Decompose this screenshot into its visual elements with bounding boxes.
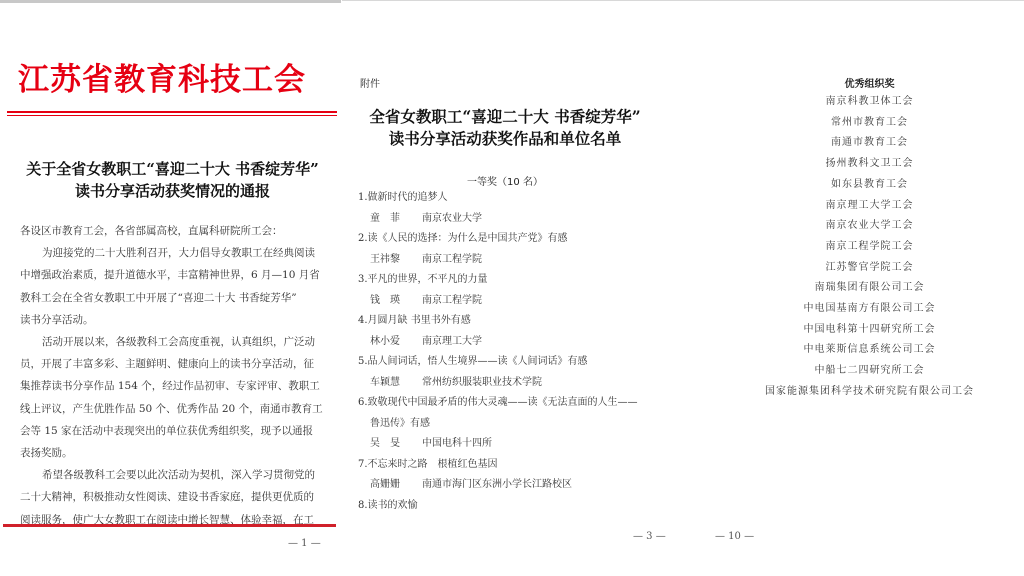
entry-author-name: 高姗姗 — [370, 475, 422, 496]
entry-author-unit: 南通市海门区东洲小学长江路校区 — [422, 479, 572, 490]
document-page-3: 附件 全省女教职工“喜迎二十大 书香绽芳华” 读书分享活动获奖作品和单位名单 一… — [345, 0, 715, 576]
organization-item: 中船七二四研究所工会 — [715, 361, 1024, 382]
organization-item: 中电莱斯信息系统公司工会 — [715, 340, 1024, 361]
body-line: 中增强政治素质，提升道德水平，丰富精神世界，6 月—10 月省 — [20, 264, 325, 286]
body-line: 集推荐读书分享作品 154 个，经过作品初审、专家评审、教职工 — [20, 375, 325, 397]
entry-author-row: 高姗姗南通市海门区东洲小学长江路校区 — [358, 475, 708, 496]
notice-title-line-2: 读书分享活动获奖情况的通报 — [10, 180, 335, 202]
organization-award-heading: 优秀组织奖 — [715, 75, 1024, 90]
entry-author-unit: 中国电科十四所 — [422, 438, 492, 449]
organization-item: 南京理工大学工会 — [715, 196, 1024, 217]
entry-author-unit: 南京工程学院 — [422, 295, 482, 306]
notice-title: 关于全省女教职工“喜迎二十大 书香绽芳华” 读书分享活动获奖情况的通报 — [10, 158, 335, 202]
organization-item: 江苏警官学院工会 — [715, 258, 1024, 279]
body-line: 员，开展了丰富多彩、主题鲜明、健康向上的读书分享活动，征 — [20, 353, 325, 375]
award-list-title-line-1: 全省女教职工“喜迎二十大 书香绽芳华” — [345, 106, 665, 128]
entry-author-unit: 南京理工大学 — [422, 336, 482, 347]
organization-item: 南京工程学院工会 — [715, 237, 1024, 258]
organization-item: 南京科教卫体工会 — [715, 92, 1024, 113]
entry-author-name: 王祎黎 — [370, 250, 422, 271]
entry-title: 8.读书的欢愉 — [358, 496, 708, 517]
entry-title: 2.读《人民的选择：为什么是中国共产党》有感 — [358, 229, 708, 250]
body-line: 二十大精神，积极推动女性阅读、建设书香家庭，提供更优质的 — [20, 486, 325, 508]
masthead-rule — [7, 111, 337, 113]
organization-item: 如东县教育工会 — [715, 175, 1024, 196]
entry-author-row: 吴 旻中国电科十四所 — [358, 434, 708, 455]
organization-item: 常州市教育工会 — [715, 113, 1024, 134]
document-page-1: 江苏省教育科技工会 关于全省女教职工“喜迎二十大 书香绽芳华” 读书分享活动获奖… — [0, 0, 340, 576]
attachment-label: 附件 — [360, 75, 380, 90]
organization-item: 南通市教育工会 — [715, 133, 1024, 154]
entry-author-unit: 常州纺织服装职业技术学院 — [422, 377, 542, 388]
organization-item: 南京农业大学工会 — [715, 216, 1024, 237]
notice-body: 各设区市教育工会，各省部属高校，直属科研院所工会：为迎接党的二十大胜利召开，大力… — [20, 220, 325, 531]
entry-title: 1.做新时代的追梦人 — [358, 188, 708, 209]
entry-author-name: 林小爱 — [370, 332, 422, 353]
notice-title-line-1: 关于全省女教职工“喜迎二十大 书香绽芳华” — [10, 158, 335, 180]
body-line: 读书分享活动。 — [20, 309, 325, 331]
award-entries: 1.做新时代的追梦人童 菲南京农业大学2.读《人民的选择：为什么是中国共产党》有… — [358, 188, 708, 516]
entry-title: 4.月圆月缺 书里书外有感 — [358, 311, 708, 332]
entry-author-name: 童 菲 — [370, 209, 422, 230]
entry-author-unit: 南京农业大学 — [422, 213, 482, 224]
entry-title: 7.不忘来时之路 根植红色基因 — [358, 455, 708, 476]
footer-rule — [3, 524, 336, 527]
first-prize-heading: 一等奖（10 名） — [345, 173, 665, 188]
entry-author-row: 林小爱南京理工大学 — [358, 332, 708, 353]
body-line: 活动开展以来，各级教科工会高度重视，认真组织，广泛动 — [20, 331, 325, 353]
page-number: — 10 — — [715, 531, 754, 542]
entry-author-name: 车颖慧 — [370, 373, 422, 394]
organization-item: 中电国基南方有限公司工会 — [715, 299, 1024, 320]
body-line: 教科工会在全省女教职工中开展了“喜迎二十大 书香绽芳华” — [20, 287, 325, 309]
body-line: 会等 15 家在活动中表现突出的单位获优秀组织奖，现予以通报 — [20, 420, 325, 442]
award-list-title-line-2: 读书分享活动获奖作品和单位名单 — [345, 128, 665, 150]
body-line: 线上评议，产生优胜作品 50 个、优秀作品 20 个，南通市教育工 — [20, 398, 325, 420]
body-line: 阅读服务，使广大女教职工在阅读中增长智慧、体验幸福，在工 — [20, 509, 325, 531]
body-line: 表扬奖励。 — [20, 442, 325, 464]
entry-title: 6.致敬现代中国最矛盾的伟大灵魂——读《无法直面的人生—— — [358, 393, 708, 414]
masthead-title: 江苏省教育科技工会 — [18, 60, 324, 100]
organization-award-list: 南京科教卫体工会常州市教育工会南通市教育工会扬州教科文卫工会如东县教育工会南京理… — [715, 92, 1024, 403]
entry-author-name: 钱 瑛 — [370, 291, 422, 312]
entry-author-unit: 南京工程学院 — [422, 254, 482, 265]
body-line: 希望各级教科工会要以此次活动为契机，深入学习贯彻党的 — [20, 464, 325, 486]
body-line: 为迎接党的二十大胜利召开，大力倡导女教职工在经典阅读 — [20, 242, 325, 264]
organization-item: 南瑞集团有限公司工会 — [715, 278, 1024, 299]
entry-author-row: 王祎黎南京工程学院 — [358, 250, 708, 271]
page-number: — 1 — — [288, 538, 321, 549]
entry-title: 3.平凡的世界，不平凡的力量 — [358, 270, 708, 291]
entry-title: 5.品人间词话，悟人生境界——读《人间词话》有感 — [358, 352, 708, 373]
masthead-rule-thin — [7, 115, 337, 116]
organization-item: 国家能源集团科学技术研究院有限公司工会 — [715, 382, 1024, 403]
entry-author-row: 童 菲南京农业大学 — [358, 209, 708, 230]
document-page-10: 优秀组织奖 南京科教卫体工会常州市教育工会南通市教育工会扬州教科文卫工会如东县教… — [715, 0, 1024, 576]
entry-author-name: 吴 旻 — [370, 434, 422, 455]
organization-item: 扬州教科文卫工会 — [715, 154, 1024, 175]
award-list-title: 全省女教职工“喜迎二十大 书香绽芳华” 读书分享活动获奖作品和单位名单 — [345, 106, 665, 150]
body-line: 各设区市教育工会，各省部属高校，直属科研院所工会： — [20, 220, 325, 242]
organization-item: 中国电科第十四研究所工会 — [715, 320, 1024, 341]
entry-author-row: 车颖慧常州纺织服装职业技术学院 — [358, 373, 708, 394]
entry-author-row: 钱 瑛南京工程学院 — [358, 291, 708, 312]
entry-title-continued: 鲁迅传》有感 — [358, 414, 708, 435]
page-number: — 3 — — [633, 531, 666, 542]
